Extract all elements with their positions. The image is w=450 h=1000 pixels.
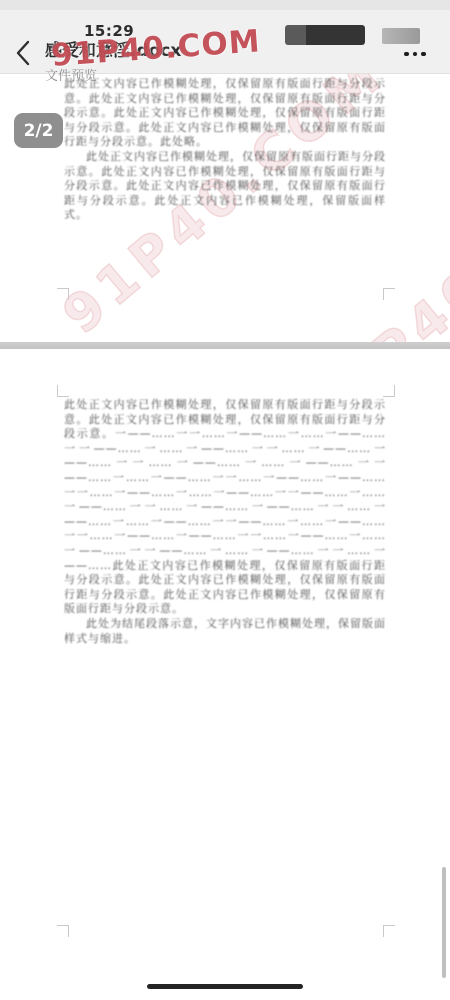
- crop-mark: [57, 385, 69, 397]
- more-dots-icon: [404, 52, 426, 57]
- crop-mark: [383, 288, 395, 300]
- crop-mark: [383, 925, 395, 937]
- document-viewer[interactable]: 91P40.COM 91P40.COM 此处正文内容已作模糊处理，仅保留原有版面…: [0, 74, 450, 1000]
- back-button[interactable]: [11, 40, 35, 68]
- crop-mark: [57, 925, 69, 937]
- document-paragraph-redacted: 此处正文内容已作模糊处理，仅保留原有版面行距与分段示意。此处正文内容已作模糊处理…: [64, 77, 386, 150]
- chevron-left-icon: [15, 54, 31, 69]
- header: 15:29 感受和意淫.docx 文件预览 91P40.COM: [0, 0, 450, 74]
- crop-mark: [57, 288, 69, 300]
- page-indicator-badge: 2/2: [14, 113, 63, 148]
- status-bar-strip: [0, 0, 450, 10]
- document-page-2: 此处正文内容已作模糊处理，仅保留原有版面行距与分段示意。此处正文内容已作模糊处理…: [0, 349, 450, 1000]
- crop-mark: [383, 385, 395, 397]
- document-paragraph-redacted: 此处正文内容已作模糊处理，仅保留原有版面行距与分段示意。此处正文内容已作模糊处理…: [64, 398, 386, 617]
- scrollbar-thumb[interactable]: [442, 867, 446, 978]
- document-page-1: 91P40.COM 91P40.COM 此处正文内容已作模糊处理，仅保留原有版面…: [0, 74, 450, 342]
- home-indicator[interactable]: [147, 984, 303, 989]
- more-menu-button[interactable]: [398, 46, 432, 62]
- status-signal-block: [382, 28, 420, 44]
- file-preview-screen: 15:29 感受和意淫.docx 文件预览 91P40.COM 91P40.CO…: [0, 0, 450, 1000]
- page-divider: [0, 342, 450, 349]
- document-paragraph-redacted: 此处为结尾段落示意，文字内容已作模糊处理，保留版面样式与缩进。: [64, 617, 386, 646]
- document-paragraph-redacted: 此处正文内容已作模糊处理，仅保留原有版面行距与分段示意。此处正文内容已作模糊处理…: [64, 150, 386, 223]
